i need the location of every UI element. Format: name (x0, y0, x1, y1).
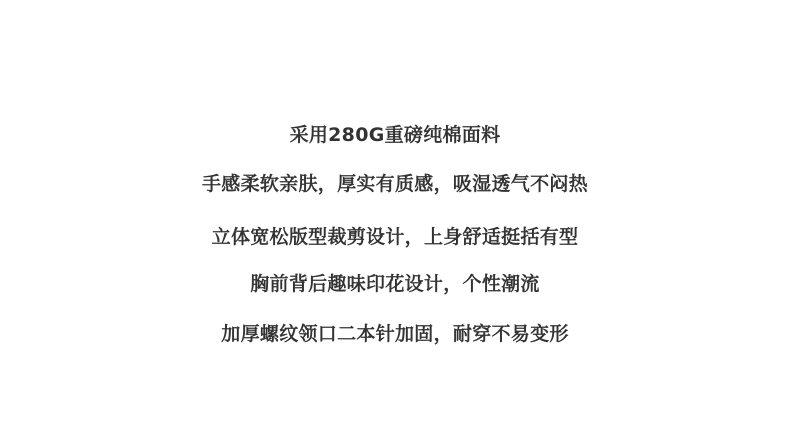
feature-line-collar: 加厚螺纹领口二本针加固，耐穿不易变形 (0, 322, 790, 346)
feature-line-fit: 立体宽松版型裁剪设计，上身舒适挺括有型 (0, 225, 790, 249)
feature-line-print: 胸前背后趣味印花设计，个性潮流 (0, 272, 790, 296)
feature-line-feel: 手感柔软亲肤，厚实有质感，吸湿透气不闷热 (0, 172, 790, 196)
feature-line-fabric: 采用280G重磅纯棉面料 (0, 123, 790, 147)
product-feature-panel: 采用280G重磅纯棉面料 手感柔软亲肤，厚实有质感，吸湿透气不闷热 立体宽松版型… (0, 0, 790, 436)
